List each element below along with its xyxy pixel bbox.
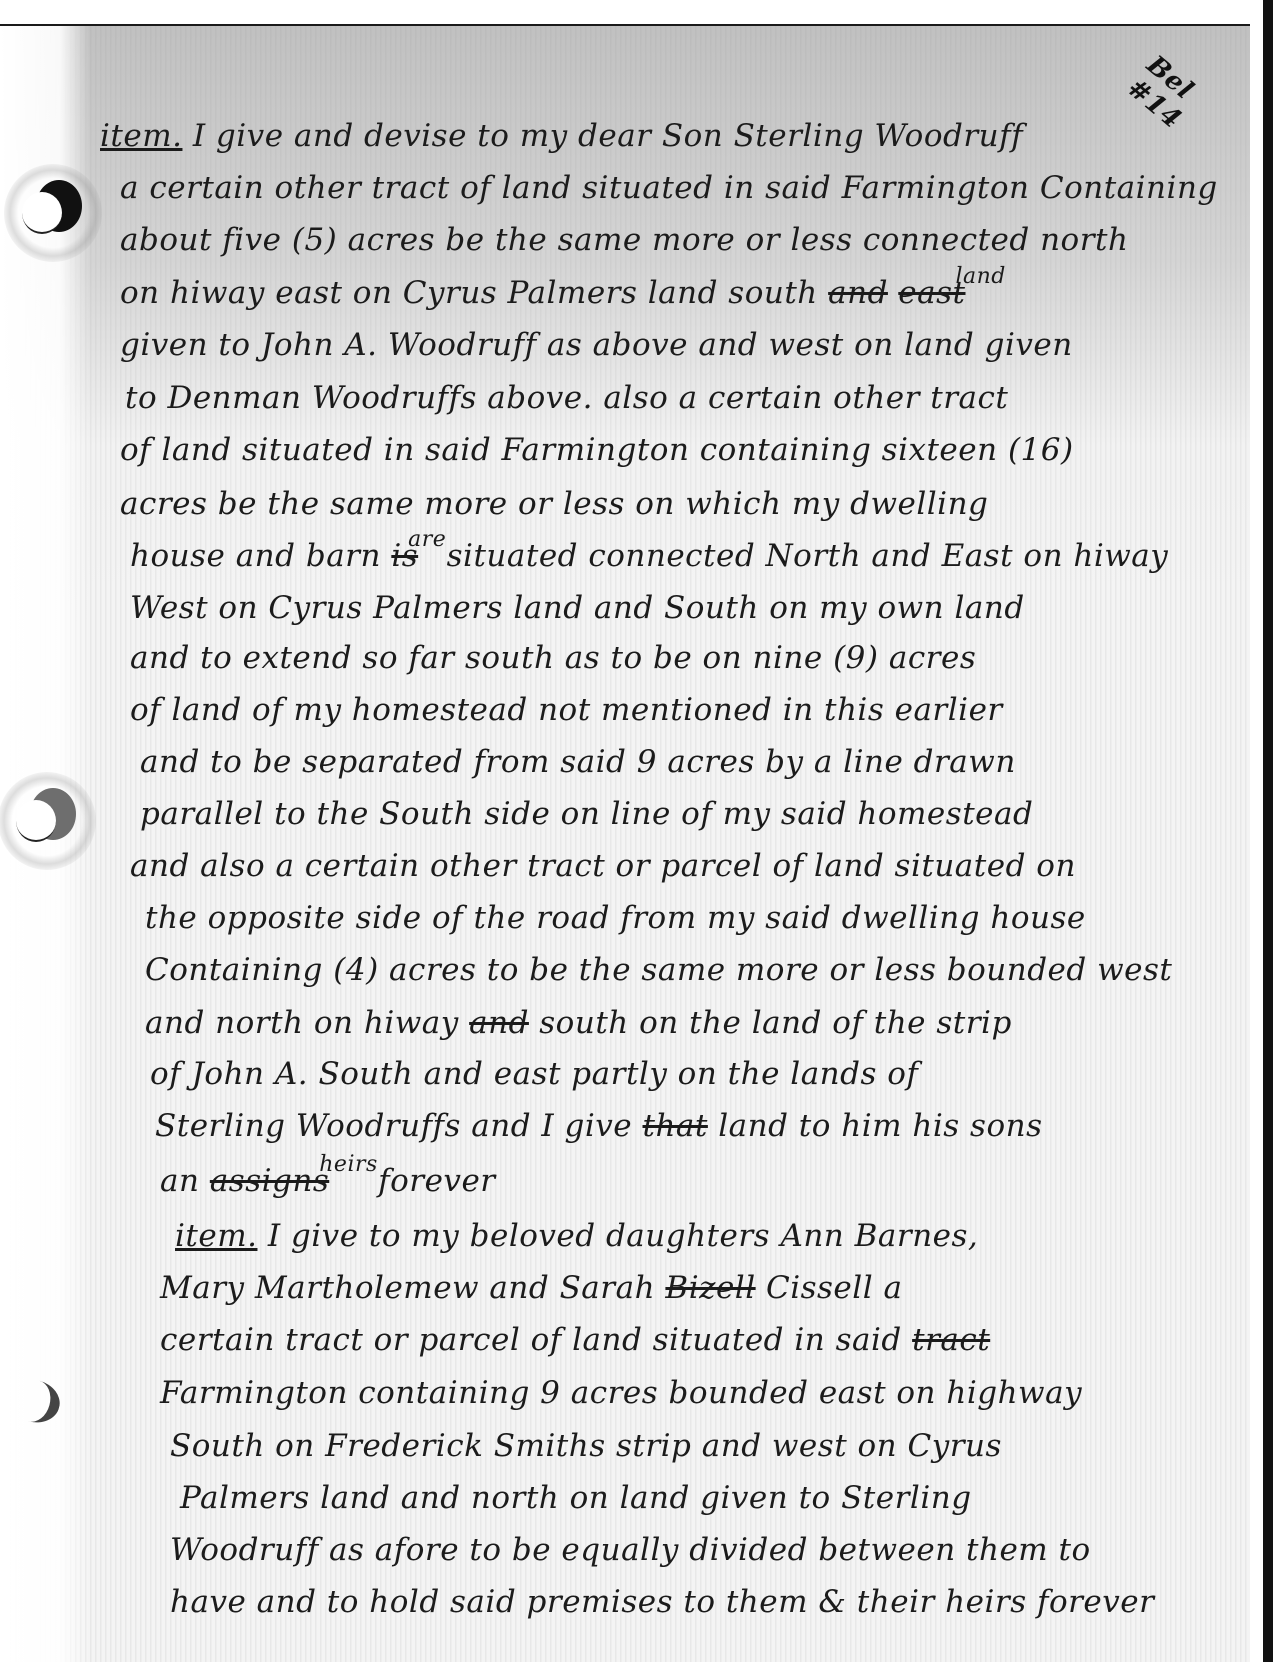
text-line: parallel to the South side on line of my… bbox=[140, 796, 1033, 832]
line-text bbox=[888, 275, 898, 311]
line-text: Containing (4) acres to be the same more… bbox=[145, 952, 1172, 988]
line-text: land to him his sons bbox=[708, 1108, 1043, 1144]
line-text: certain tract or parcel of land situated… bbox=[160, 1322, 912, 1358]
line-text: and also a certain other tract or parcel… bbox=[130, 848, 1076, 884]
line-text: on hiway east on Cyrus Palmers land sout… bbox=[120, 275, 828, 311]
text-line: and also a certain other tract or parcel… bbox=[130, 848, 1076, 884]
line-text: of John A. South and east partly on the … bbox=[150, 1056, 918, 1092]
text-line: Woodruff as afore to be equally divided … bbox=[170, 1532, 1091, 1568]
item-heading: item. bbox=[175, 1218, 257, 1254]
text-line: of land situated in said Farmington cont… bbox=[120, 432, 1074, 468]
text-line: certain tract or parcel of land situated… bbox=[160, 1322, 990, 1358]
line-text: and north on hiway bbox=[145, 1005, 469, 1041]
line-text: situated connected North and East on hiw… bbox=[436, 538, 1168, 574]
text-line: item. I give to my beloved daughters Ann… bbox=[175, 1218, 978, 1254]
struck-word: tract bbox=[912, 1322, 990, 1358]
line-text: and to be separated from said 9 acres by… bbox=[140, 744, 1016, 780]
text-line: and to be separated from said 9 acres by… bbox=[140, 744, 1016, 780]
line-text: south on the land of the strip bbox=[529, 1005, 1012, 1041]
line-text: West on Cyrus Palmers land and South on … bbox=[130, 590, 1025, 626]
line-text: Farmington containing 9 acres bounded ea… bbox=[160, 1375, 1082, 1411]
text-line: an assignsheirs forever bbox=[160, 1163, 496, 1199]
text-line: West on Cyrus Palmers land and South on … bbox=[130, 590, 1025, 626]
line-text: about five (5) acres be the same more or… bbox=[120, 222, 1128, 258]
struck-word: Bizell bbox=[665, 1270, 755, 1306]
text-line: the opposite side of the road from my sa… bbox=[145, 900, 1086, 936]
line-text: to Denman Woodruffs above. also a certai… bbox=[125, 380, 1008, 416]
text-line: and north on hiway and south on the land… bbox=[145, 1005, 1012, 1041]
line-text: have and to hold said premises to them &… bbox=[170, 1584, 1154, 1620]
text-line: house and barn isare situated connected … bbox=[130, 538, 1168, 574]
line-text: of land of my homestead not mentioned in… bbox=[130, 692, 1003, 728]
line-text: Woodruff as afore to be equally divided … bbox=[170, 1532, 1091, 1568]
text-line: Palmers land and north on land given to … bbox=[180, 1480, 972, 1516]
line-text: the opposite side of the road from my sa… bbox=[145, 900, 1086, 936]
text-line: have and to hold said premises to them &… bbox=[170, 1584, 1154, 1620]
item-heading: item. bbox=[100, 118, 182, 154]
line-text: I give to my beloved daughters Ann Barne… bbox=[257, 1218, 978, 1254]
struck-word: assigns bbox=[210, 1163, 329, 1199]
line-text: parallel to the South side on line of my… bbox=[140, 796, 1033, 832]
text-line: about five (5) acres be the same more or… bbox=[120, 222, 1128, 258]
text-line: given to John A. Woodruff as above and w… bbox=[120, 327, 1073, 363]
line-text: Mary Martholemew and Sarah bbox=[160, 1270, 665, 1306]
struck-word: and bbox=[469, 1005, 529, 1041]
line-text: acres be the same more or less on which … bbox=[120, 486, 988, 522]
handwritten-text: item. I give and devise to my dear Son S… bbox=[0, 0, 1275, 1662]
text-line: acres be the same more or less on which … bbox=[120, 486, 988, 522]
text-line: of John A. South and east partly on the … bbox=[150, 1056, 918, 1092]
text-line: on hiway east on Cyrus Palmers land sout… bbox=[120, 275, 996, 311]
line-text: house and barn bbox=[130, 538, 391, 574]
line-text: forever bbox=[368, 1163, 496, 1199]
text-line: Farmington containing 9 acres bounded ea… bbox=[160, 1375, 1082, 1411]
line-text: of land situated in said Farmington cont… bbox=[120, 432, 1074, 468]
text-line: a certain other tract of land situated i… bbox=[120, 170, 1218, 206]
struck-word: and bbox=[828, 275, 888, 311]
text-line: Mary Martholemew and Sarah Bizell Cissel… bbox=[160, 1270, 902, 1306]
inserted-word: land bbox=[955, 264, 1005, 289]
inserted-word: are bbox=[408, 527, 446, 552]
text-line: South on Frederick Smiths strip and west… bbox=[170, 1428, 1002, 1464]
text-line: item. I give and devise to my dear Son S… bbox=[100, 118, 1023, 154]
line-text: an bbox=[160, 1163, 210, 1199]
text-line: and to extend so far south as to be on n… bbox=[130, 640, 976, 676]
line-text: I give and devise to my dear Son Sterlin… bbox=[182, 118, 1023, 154]
line-text: given to John A. Woodruff as above and w… bbox=[120, 327, 1073, 363]
line-text: Cissell a bbox=[756, 1270, 903, 1306]
line-text: Sterling Woodruffs and I give bbox=[155, 1108, 643, 1144]
text-line: of land of my homestead not mentioned in… bbox=[130, 692, 1003, 728]
inserted-word: heirs bbox=[319, 1152, 378, 1177]
line-text: and to extend so far south as to be on n… bbox=[130, 640, 976, 676]
struck-word: that bbox=[643, 1108, 708, 1144]
line-text: South on Frederick Smiths strip and west… bbox=[170, 1428, 1002, 1464]
text-line: to Denman Woodruffs above. also a certai… bbox=[125, 380, 1008, 416]
line-text: a certain other tract of land situated i… bbox=[120, 170, 1218, 206]
text-line: Containing (4) acres to be the same more… bbox=[145, 952, 1172, 988]
line-text: Palmers land and north on land given to … bbox=[180, 1480, 972, 1516]
text-line: Sterling Woodruffs and I give that land … bbox=[155, 1108, 1042, 1144]
